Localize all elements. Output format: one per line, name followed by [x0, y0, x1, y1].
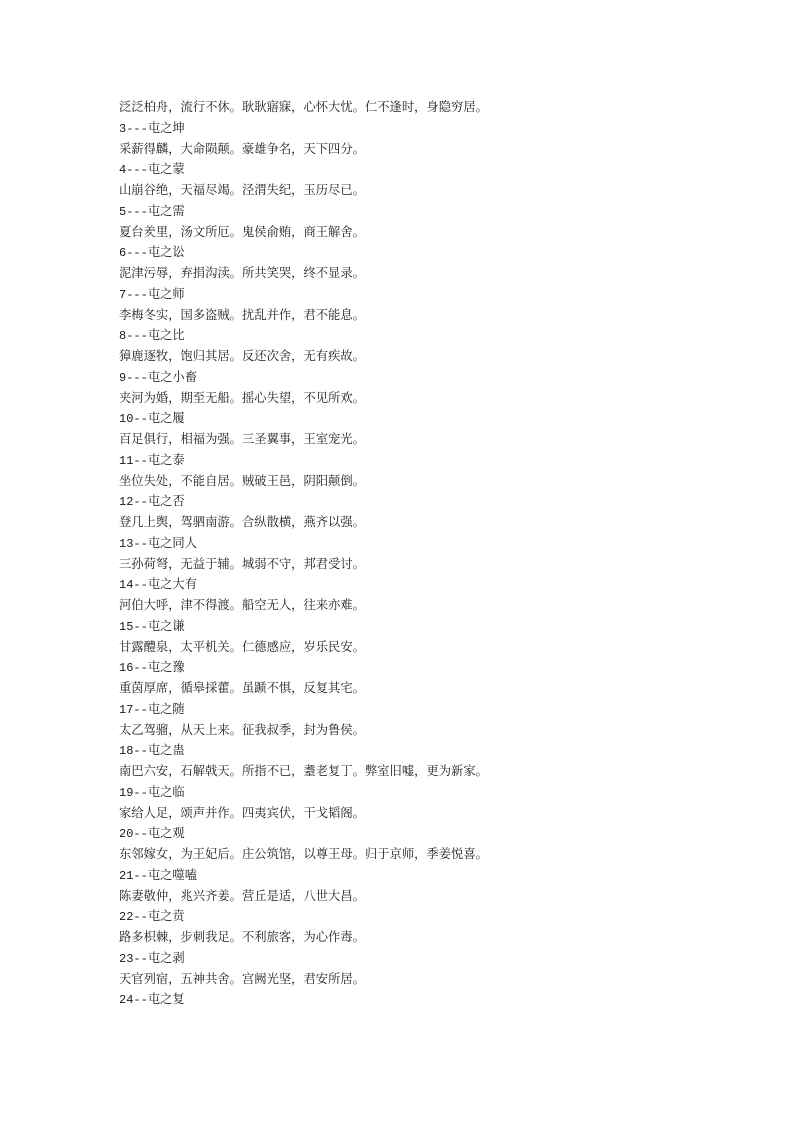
entry-number: 12-- — [119, 495, 148, 509]
entry-title: 屯之观 — [148, 826, 185, 840]
entry-verse: 路多枳棘，步刺我足。不利旅客，为心作毒。 — [119, 927, 719, 948]
entry-verse: 百足俱行，相福为强。三圣翼事，王室宠光。 — [119, 429, 719, 450]
entry-number: 24-- — [119, 993, 148, 1007]
entry-heading: 5---屯之需 — [119, 201, 719, 222]
entry-title: 屯之坤 — [148, 121, 185, 135]
entry-title: 屯之豫 — [148, 660, 185, 674]
entry-title: 屯之蒙 — [148, 162, 185, 176]
entry-heading: 21--屯之噬嗑 — [119, 865, 719, 886]
entry-number: 22-- — [119, 910, 148, 924]
entry-number: 16-- — [119, 661, 148, 675]
entry-heading: 6---屯之讼 — [119, 242, 719, 263]
entry-verse: 陈妻敬仲，兆兴齐姜。营丘是适，八世大昌。 — [119, 886, 719, 907]
entry-title: 屯之泰 — [148, 453, 185, 467]
entry-verse: 夏台羑里，汤文所厄。鬼侯俞贿，商王解舍。 — [119, 222, 719, 243]
entry-heading: 9---屯之小畜 — [119, 367, 719, 388]
entry-heading: 18--屯之蛊 — [119, 740, 719, 761]
entry-number: 14-- — [119, 578, 148, 592]
entry-verse: 李梅冬实，国多盗贼。扰乱并作，君不能息。 — [119, 305, 719, 326]
entry-heading: 8---屯之比 — [119, 325, 719, 346]
entry-title: 屯之小畜 — [148, 370, 197, 384]
entry-number: 20-- — [119, 827, 148, 841]
entry-list: 3---屯之坤采薪得麟，大命陨颠。豪雄争名，天下四分。4---屯之蒙山崩谷绝，天… — [119, 118, 719, 1010]
entry-number: 10-- — [119, 412, 148, 426]
entry-heading: 19--屯之临 — [119, 782, 719, 803]
entry-title: 屯之蛊 — [148, 743, 185, 757]
entry-verse: 采薪得麟，大命陨颠。豪雄争名，天下四分。 — [119, 139, 719, 160]
entry-title: 屯之履 — [148, 411, 185, 425]
entry-number: 17-- — [119, 703, 148, 717]
entry-number: 5--- — [119, 205, 148, 219]
entry-heading: 11--屯之泰 — [119, 450, 719, 471]
entry-title: 屯之师 — [148, 287, 185, 301]
entry-number: 23-- — [119, 952, 148, 966]
entry-number: 3--- — [119, 122, 148, 136]
entry-title: 屯之否 — [148, 494, 185, 508]
entry-title: 屯之谦 — [148, 619, 185, 633]
entry-title: 屯之贲 — [148, 909, 185, 923]
entry-number: 13-- — [119, 537, 148, 551]
entry-title: 屯之复 — [148, 992, 185, 1006]
entry-number: 19-- — [119, 786, 148, 800]
entry-heading: 14--屯之大有 — [119, 574, 719, 595]
entry-verse: 甘露醴泉，太平机关。仁德感应，岁乐民安。 — [119, 637, 719, 658]
entry-number: 9--- — [119, 371, 148, 385]
entry-heading: 20--屯之观 — [119, 823, 719, 844]
entry-title: 屯之随 — [148, 702, 185, 716]
entry-title: 屯之比 — [148, 328, 185, 342]
entry-number: 4--- — [119, 163, 148, 177]
entry-title: 屯之剥 — [148, 951, 185, 965]
entry-heading: 4---屯之蒙 — [119, 159, 719, 180]
entry-title: 屯之需 — [148, 204, 185, 218]
entry-verse: 獐鹿逐牧，饱归其居。反还次舍，无有疾故。 — [119, 346, 719, 367]
entry-verse: 三孙荷弩，无益于辅。城弱不守，邦君受讨。 — [119, 554, 719, 575]
entry-verse: 坐位失处，不能自居。贼破王邑，阴阳颠倒。 — [119, 471, 719, 492]
entry-verse: 太乙驾骝，从天上来。征我叔季，封为鲁侯。 — [119, 720, 719, 741]
entry-verse: 东邻嫁女，为王妃后。庄公筑馆，以尊王母。归于京师，季姜悦喜。 — [119, 844, 719, 865]
entry-heading: 17--屯之随 — [119, 699, 719, 720]
entry-verse: 河伯大呼，津不得渡。船空无人，往来亦难。 — [119, 595, 719, 616]
entry-heading: 22--屯之贲 — [119, 906, 719, 927]
entry-heading: 12--屯之否 — [119, 491, 719, 512]
entry-number: 8--- — [119, 329, 148, 343]
entry-number: 11-- — [119, 454, 148, 468]
entry-title: 屯之讼 — [148, 245, 185, 259]
entry-heading: 24--屯之复 — [119, 989, 719, 1010]
document-page: 泛泛柏舟，流行不休。耿耿寤寐，心怀大忧。仁不逢时，身隐穷居。 3---屯之坤采薪… — [119, 97, 719, 1010]
entry-verse: 登几上舆，驾驷南游。合纵散横，燕齐以强。 — [119, 512, 719, 533]
entry-number: 21-- — [119, 869, 148, 883]
entry-title: 屯之大有 — [148, 577, 197, 591]
entry-verse: 天官列宿，五神共舍。宫阙光坚，君安所居。 — [119, 969, 719, 990]
entry-verse: 重茵厚席，循皋採藿。虽踬不惧，反复其宅。 — [119, 678, 719, 699]
entry-heading: 16--屯之豫 — [119, 657, 719, 678]
entry-verse: 南巴六安，石解戟天。所指不已，耋老复丁。弊室旧嘘，更为新家。 — [119, 761, 719, 782]
entry-heading: 15--屯之谦 — [119, 616, 719, 637]
entry-number: 7--- — [119, 288, 148, 302]
entry-number: 18-- — [119, 744, 148, 758]
opening-verse: 泛泛柏舟，流行不休。耿耿寤寐，心怀大忧。仁不逢时，身隐穷居。 — [119, 97, 719, 118]
entry-verse: 家给人足，颂声并作。四夷宾伏，干戈韬阁。 — [119, 803, 719, 824]
entry-heading: 3---屯之坤 — [119, 118, 719, 139]
entry-title: 屯之噬嗑 — [148, 868, 197, 882]
entry-verse: 山崩谷绝，天福尽竭。泾渭失纪，玉历尽已。 — [119, 180, 719, 201]
entry-heading: 13--屯之同人 — [119, 533, 719, 554]
entry-verse: 泥津污辱，弃捐沟渎。所共笑哭，终不显录。 — [119, 263, 719, 284]
entry-heading: 7---屯之师 — [119, 284, 719, 305]
entry-number: 15-- — [119, 620, 148, 634]
entry-heading: 23--屯之剥 — [119, 948, 719, 969]
entry-title: 屯之同人 — [148, 536, 197, 550]
entry-verse: 夹河为婚，期至无船。摇心失望，不见所欢。 — [119, 388, 719, 409]
entry-number: 6--- — [119, 246, 148, 260]
entry-heading: 10--屯之履 — [119, 408, 719, 429]
entry-title: 屯之临 — [148, 785, 185, 799]
